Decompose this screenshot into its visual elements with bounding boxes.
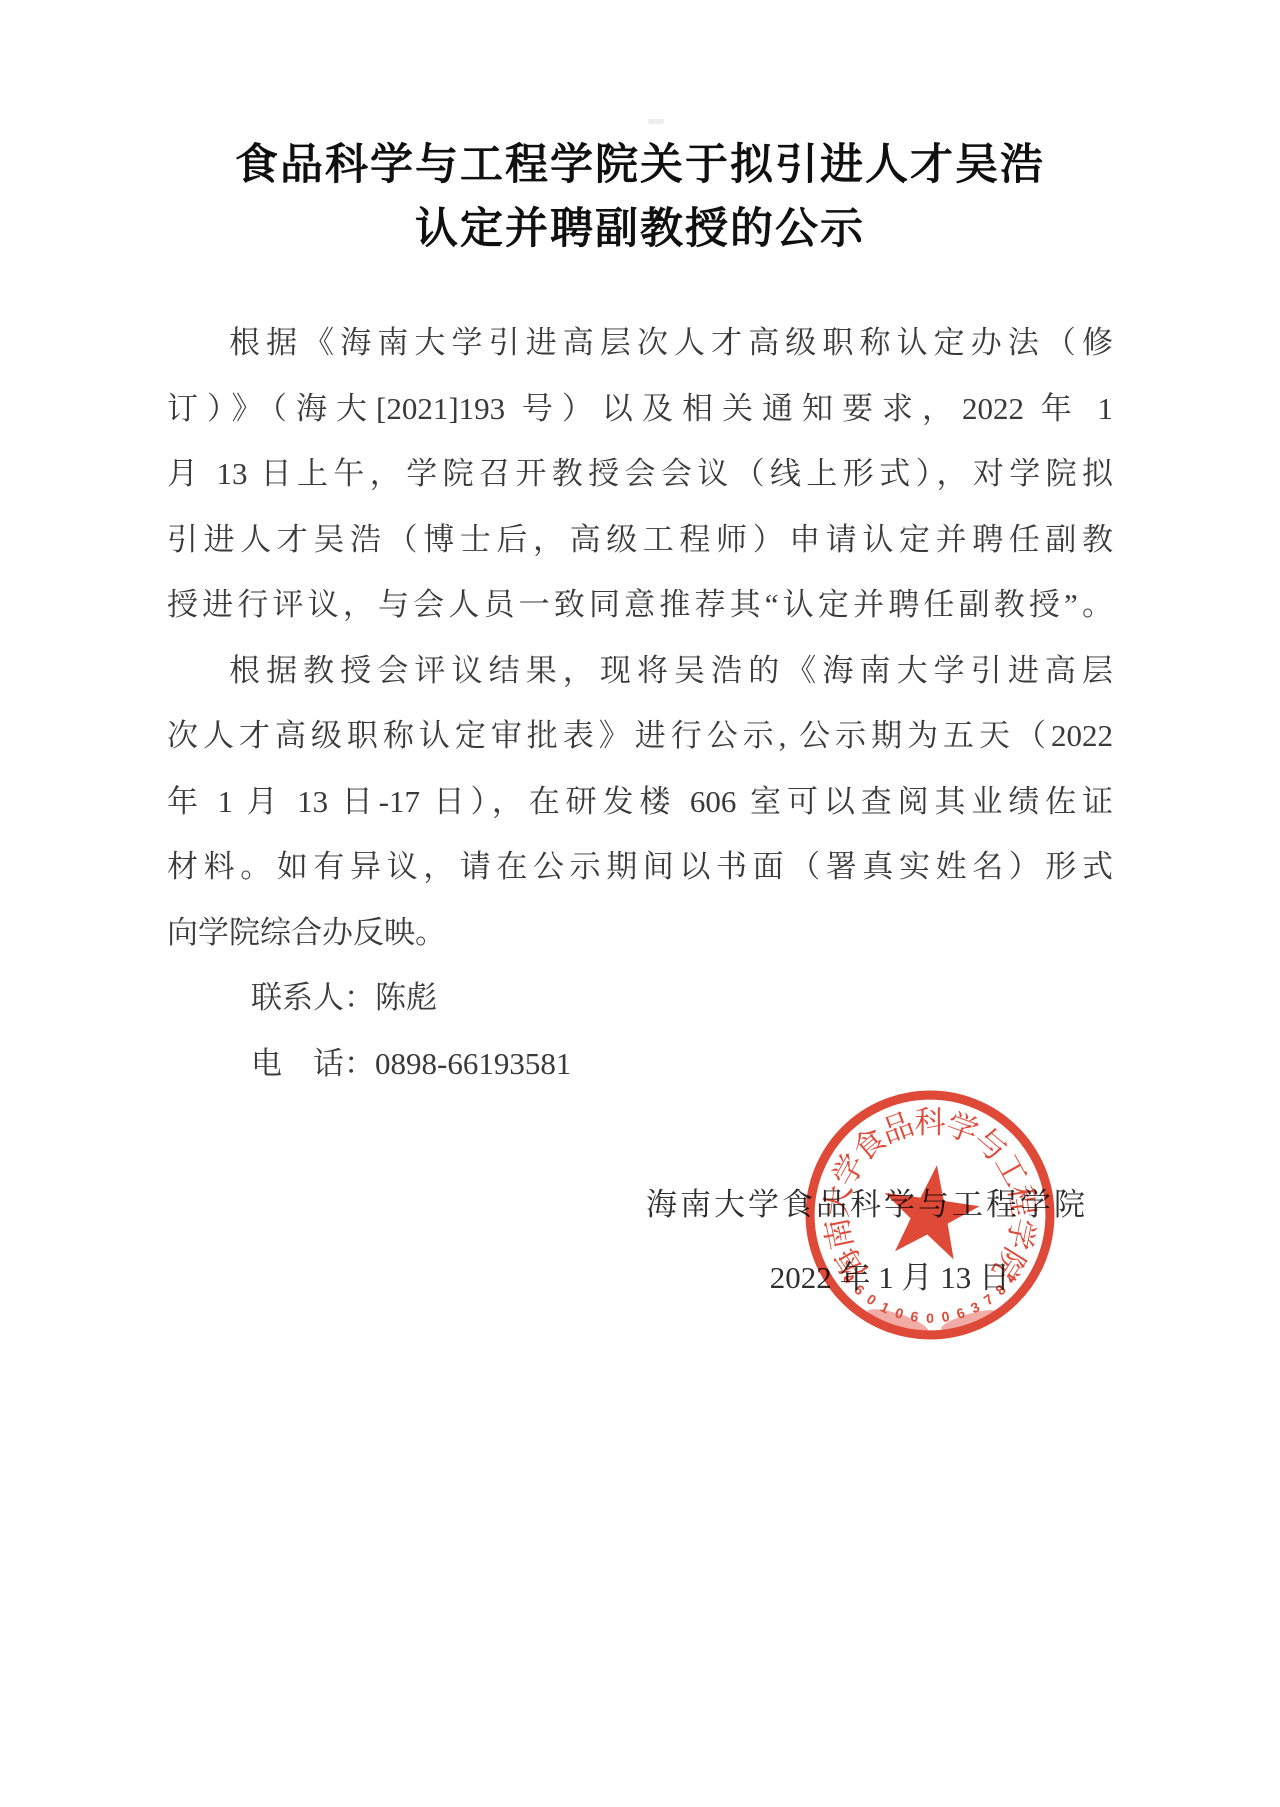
svg-text:与: 与	[967, 1121, 1014, 1168]
body-line-5: 授进行评议，与会人员一致同意推荐其“认定并聘任副教授”。	[167, 572, 1113, 638]
body-line-9: 材料。如有异议，请在公示期间以书面（署真实姓名）形式	[167, 834, 1113, 900]
svg-text:1: 1	[878, 1299, 892, 1317]
document-title: 食品科学与工程学院关于拟引进人才吴浩 认定并聘副教授的公示	[0, 0, 1280, 262]
scan-artifact	[648, 119, 664, 124]
svg-text:3: 3	[968, 1298, 982, 1316]
document-page: 食品科学与工程学院关于拟引进人才吴浩 认定并聘副教授的公示 根据《海南大学引进高…	[0, 0, 1280, 1807]
svg-text:0: 0	[926, 1310, 934, 1326]
body-line-4: 引进人才吴浩（博士后，高级工程师）申请认定并聘任副教	[167, 507, 1113, 573]
svg-text:品: 品	[877, 1106, 918, 1150]
body-line-10: 向学院综合办反映。	[167, 900, 1113, 966]
contact-person: 联系人：陈彪	[167, 965, 1113, 1031]
signature-block: 海南大学食品科学与工程学院 2022 年 1 月 13 日	[0, 1182, 1280, 1301]
body-line-3: 月 13 日上午，学院召开教授会会议（线上形式），对学院拟	[167, 441, 1113, 507]
body-line-6: 根据教授会评议结果，现将吴浩的《海南大学引进高层	[167, 638, 1113, 704]
svg-text:6: 6	[955, 1304, 967, 1322]
title-line-2: 认定并聘副教授的公示	[0, 198, 1280, 262]
svg-text:0: 0	[893, 1304, 905, 1322]
svg-text:科: 科	[914, 1105, 945, 1140]
body-line-1: 根据《海南大学引进高层次人才高级职称认定办法（修	[167, 310, 1113, 376]
svg-text:食: 食	[846, 1121, 893, 1168]
body-line-8: 年 1 月 13 日-17 日），在研发楼 606 室可以查阅其业绩佐证	[167, 769, 1113, 835]
svg-text:6: 6	[909, 1308, 919, 1325]
contact-phone: 电 话：0898-66193581	[167, 1031, 1113, 1097]
document-body: 根据《海南大学引进高层次人才高级职称认定办法（修 订）》（海大[2021]193…	[167, 310, 1113, 1096]
title-line-1: 食品科学与工程学院关于拟引进人才吴浩	[0, 134, 1280, 198]
body-line-7: 次人才高级职称认定审批表》进行公示, 公示期为五天（2022	[167, 703, 1113, 769]
ink-smudge	[865, 1304, 931, 1339]
signature-date: 2022 年 1 月 13 日	[0, 1255, 1280, 1301]
svg-text:学: 学	[942, 1106, 983, 1150]
body-line-2: 订）》（海大[2021]193 号）以及相关通知要求，2022 年 1	[167, 376, 1113, 442]
signature-organization: 海南大学食品科学与工程学院	[0, 1182, 1280, 1228]
svg-text:0: 0	[940, 1308, 950, 1325]
ink-smudge	[939, 1306, 1001, 1336]
